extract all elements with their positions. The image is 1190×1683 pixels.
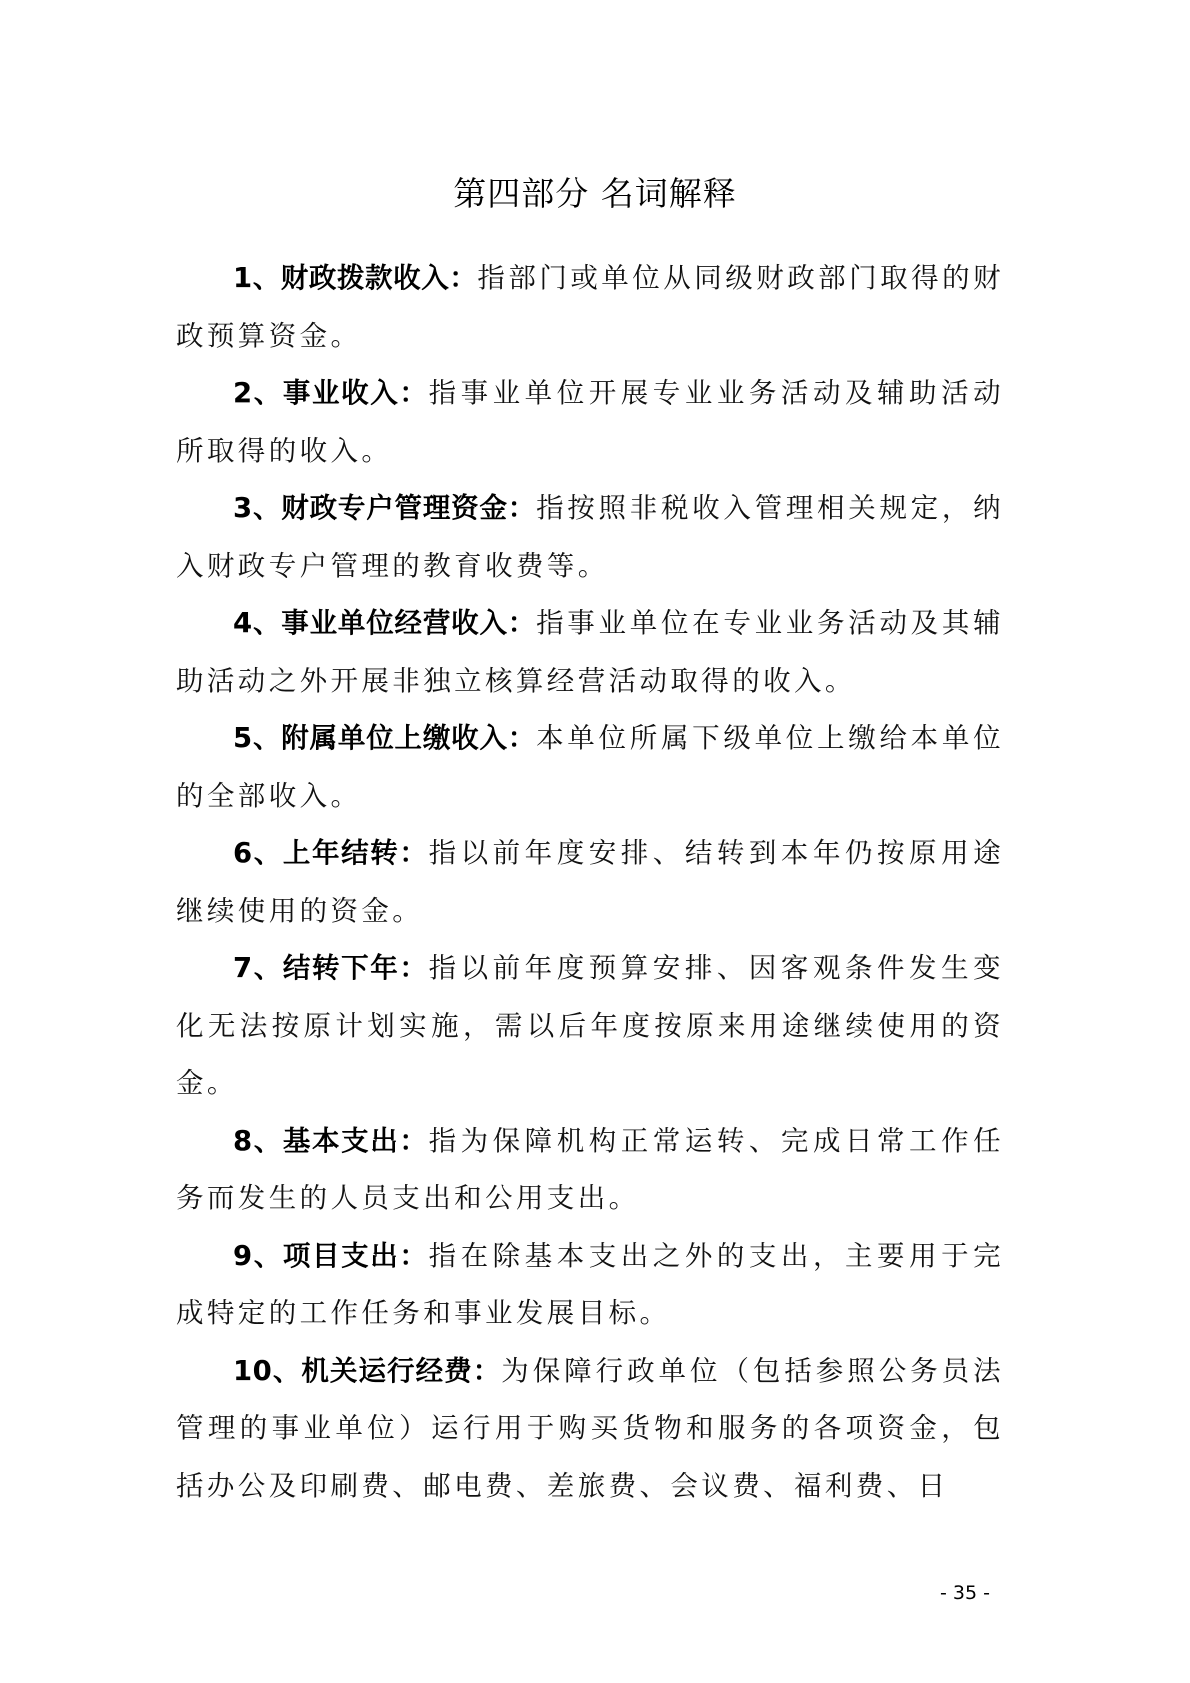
- glossary-term: 2、事业收入：: [233, 377, 429, 409]
- glossary-term: 9、项目支出：: [233, 1240, 429, 1272]
- page-title: 第四部分 名词解释: [0, 168, 1190, 215]
- glossary-term: 10、机关运行经费：: [233, 1355, 501, 1387]
- glossary-term: 8、基本支出：: [233, 1125, 429, 1157]
- glossary-entry-7: 7、结转下年：指以前年度预算安排、因客观条件发生变化无法按原计划实施，需以后年度…: [176, 940, 1004, 1113]
- glossary-entry-5: 5、附属单位上缴收入：本单位所属下级单位上缴给本单位的全部收入。: [176, 710, 1004, 825]
- glossary-term: 5、附属单位上缴收入：: [233, 722, 536, 754]
- glossary-entry-4: 4、事业单位经营收入：指事业单位在专业业务活动及其辅助活动之外开展非独立核算经营…: [176, 595, 1004, 710]
- glossary-entry-1: 1、财政拨款收入：指部门或单位从同级财政部门取得的财政预算资金。: [176, 250, 1004, 365]
- glossary-term: 6、上年结转：: [233, 837, 429, 869]
- glossary-entry-2: 2、事业收入：指事业单位开展专业业务活动及辅助活动所取得的收入。: [176, 365, 1004, 480]
- glossary-entry-8: 8、基本支出：指为保障机构正常运转、完成日常工作任务而发生的人员支出和公用支出。: [176, 1113, 1004, 1228]
- glossary-term: 4、事业单位经营收入：: [233, 607, 536, 639]
- glossary-term: 7、结转下年：: [233, 952, 429, 984]
- glossary-term: 3、财政专户管理资金：: [233, 492, 536, 524]
- glossary-entry-10: 10、机关运行经费：为保障行政单位（包括参照公务员法管理的事业单位）运行用于购买…: [176, 1343, 1004, 1516]
- glossary-entry-3: 3、财政专户管理资金：指按照非税收入管理相关规定，纳入财政专户管理的教育收费等。: [176, 480, 1004, 595]
- glossary-entry-6: 6、上年结转：指以前年度安排、结转到本年仍按原用途继续使用的资金。: [176, 825, 1004, 940]
- page-number: - 35 -: [940, 1582, 990, 1604]
- glossary-list: 1、财政拨款收入：指部门或单位从同级财政部门取得的财政预算资金。 2、事业收入：…: [176, 250, 1004, 1515]
- glossary-entry-9: 9、项目支出：指在除基本支出之外的支出，主要用于完成特定的工作任务和事业发展目标…: [176, 1228, 1004, 1343]
- glossary-term: 1、财政拨款收入：: [233, 262, 477, 294]
